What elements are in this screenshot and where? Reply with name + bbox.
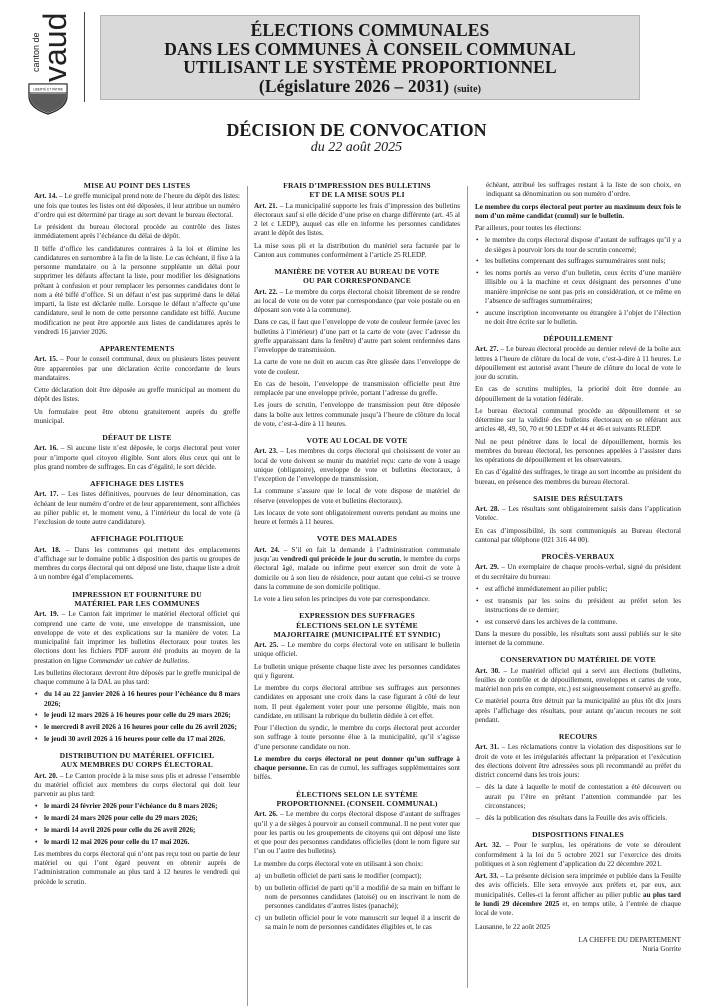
article-label: Art. 15. (34, 355, 58, 363)
canton-de-vaud-logo: canton de vaud LIBERTÉ ET PATRIE (22, 10, 78, 110)
title-line: DISTRIBUTION DU MATÉRIEL OFFICIEL (60, 751, 215, 760)
paragraph: Le bulletin unique présente chaque liste… (254, 663, 460, 682)
article-28: Art. 28. – Les résultats sont obligatoir… (475, 505, 681, 524)
list-item: le mercredi 8 avril 2026 à 16 heures pou… (34, 723, 240, 732)
list-item: le membre du corps électoral dispose d’a… (475, 236, 681, 255)
article-31: Art. 31. – Les réclamations contre la vi… (475, 743, 681, 780)
logo-divider (84, 12, 85, 102)
article-label: Art. 33. (475, 872, 498, 880)
deadline-list: du 14 au 22 janvier 2026 à 16 heures pou… (34, 690, 240, 744)
signature-title: LA CHEFFE DU DEPARTEMENT (475, 936, 681, 945)
article-label: Art. 26. (254, 810, 278, 818)
article-23: Art. 23. – Les membres du corps électora… (254, 447, 460, 484)
article-33: Art. 33. – La présente décision sera imp… (475, 872, 681, 918)
paragraph: – Le matériel officiel qui a servi aux é… (475, 667, 681, 694)
section-title: CONSERVATION DU MATÉRIEL DE VOTE (475, 655, 681, 664)
list-item: un bulletin officiel de parti qu’il a mo… (254, 884, 460, 912)
title-line: MANIÈRE DE VOTER AU BUREAU DE VOTE (275, 267, 440, 276)
section-title: AFFICHAGE POLITIQUE (34, 534, 240, 543)
decision-title: DÉCISION DE CONVOCATION (0, 120, 713, 140)
paragraph: Le membre du corps électoral peut porter… (475, 203, 681, 222)
list-item: dès la date à laquelle le motif de conte… (475, 783, 681, 811)
paragraph: – Le greffe municipal prend note de l’he… (34, 192, 240, 219)
paragraph: La commune s’assure que le local de vote… (254, 487, 460, 506)
list-item: du 14 au 22 janvier 2026 à 16 heures pou… (34, 690, 240, 709)
article-label: Art. 19. (34, 610, 59, 618)
title-line: ET DE LA MISE SOUS PLI (309, 190, 404, 199)
column-divider-2 (467, 186, 468, 988)
paragraph: – Le bureau électoral procède au dernier… (475, 345, 681, 381)
article-label: Art. 28. (475, 505, 499, 513)
paragraph: – Les réclamations contre la violation d… (475, 743, 681, 779)
article-16: Art. 16. – Si aucune liste n’est déposée… (34, 444, 240, 472)
signature-name: Nuria Gorrite (475, 945, 681, 954)
paragraph: En cas d’égalité des suffrages, le tirag… (475, 468, 681, 487)
section-title: ÉLECTIONS SELON LE SYTÈMEPROPORTIONNEL (… (254, 790, 460, 809)
title-line: MATÉRIEL PAR LES COMMUNES (74, 599, 199, 608)
paragraph: En cas de scrutins multiples, la priorit… (475, 385, 681, 404)
paragraph: – Si aucune liste n’est déposée, le corp… (34, 444, 240, 471)
section-title: DISPOSITIONS FINALES (475, 830, 681, 839)
section-title: DÉFAUT DE LISTE (34, 433, 240, 442)
section-title: MISE AU POINT DES LISTES (34, 181, 240, 190)
paragraph: Nul ne peut pénétrer dans le local de dé… (475, 438, 681, 466)
list-item: les noms portés au verso d’un bulletin, … (475, 269, 681, 306)
article-14: Art. 14. – Le greffe municipal prend not… (34, 192, 240, 220)
title-line: ÉLECTIONS SELON LE SYTÈME (296, 621, 418, 630)
paragraph: La carte de vote ne doit en aucun cas êt… (254, 358, 460, 377)
paragraph: – Dans les communes qui mettent des empl… (34, 546, 240, 582)
list-item: le jeudi 30 avril 2026 à 16 heures pour … (34, 735, 240, 744)
paragraph: Les bulletins électoraux devront être dé… (34, 669, 240, 688)
header-banner: ÉLECTIONS COMMUNALES DANS LES COMMUNES À… (100, 15, 640, 100)
paragraph: Le membre du corps électoral attribue se… (254, 684, 460, 721)
svg-text:vaud: vaud (37, 13, 73, 82)
paragraph: – Les résultats sont obligatoirement sai… (475, 505, 681, 522)
section-title: EXPRESSION DES SUFFRAGESÉLECTIONS SELON … (254, 611, 460, 639)
section-title: DÉPOUILLEMENT (475, 334, 681, 343)
article-label: Art. 25. (254, 641, 278, 649)
article-label: Art. 30. (475, 667, 500, 675)
paragraph: – Pour le surplus, les opérations de vot… (475, 841, 681, 868)
section-title: APPARENTEMENTS (34, 344, 240, 353)
article-label: Art. 16. (34, 444, 58, 452)
title-line: EXPRESSION DES SUFFRAGES (299, 611, 415, 620)
title-line: ÉLECTIONS SELON LE SYTÈME (296, 790, 418, 799)
list-item: le jeudi 12 mars 2026 à 16 heures pour c… (34, 711, 240, 720)
list-item: est affiché immédiatement au pilier publ… (475, 585, 681, 594)
paragraph: échéant, attribué les suffrages restant … (475, 181, 681, 200)
paragraph: En cas d’impossibilité, ils sont communi… (475, 527, 681, 546)
article-20: Art. 20. – Le Canton procède à la mise s… (34, 772, 240, 800)
list-item: le mardi 24 mars 2026 pour celle du 29 m… (34, 814, 240, 823)
paragraph: Le vote a lieu selon les principes du vo… (254, 595, 460, 604)
article-label: Art. 23. (254, 447, 278, 455)
decision-heading: DÉCISION DE CONVOCATION du 22 août 2025 (0, 120, 713, 156)
title-line: IMPRESSION ET FOURNITURE DU (72, 590, 202, 599)
section-title: IMPRESSION ET FOURNITURE DUMATÉRIEL PAR … (34, 590, 240, 609)
article-26: Art. 26. – Le membre du corps électoral … (254, 810, 460, 856)
svg-text:LIBERTÉ ET PATRIE: LIBERTÉ ET PATRIE (33, 87, 63, 92)
header-line-2: DANS LES COMMUNES À CONSEIL COMMUNAL (101, 40, 639, 59)
paragraph: – Un exemplaire de chaque procès-verbal,… (475, 563, 681, 580)
paragraph: Le bureau électoral communal procède au … (475, 407, 681, 435)
place-date: Lausanne, le 22 août 2025 (475, 923, 681, 932)
title-line: FRAIS D’IMPRESSION DES BULLETINS (283, 181, 431, 190)
section-title: VOTE DES MALADES (254, 534, 460, 543)
section-title: FRAIS D’IMPRESSION DES BULLETINSET DE LA… (254, 181, 460, 200)
title-line: MAJORITAIRE (MUNICIPALITÉ ET SYNDIC) (274, 630, 441, 639)
paragraph: – Les listes définitives, pourvues de le… (34, 490, 240, 526)
paragraph: – Le membre du corps électoral vote en u… (254, 641, 460, 658)
article-29: Art. 29. – Un exemplaire de chaque procè… (475, 563, 681, 582)
emphasis: vendredi qui précède le jour du scrutin (280, 555, 399, 563)
article-21: Art. 21. – La municipalité supporte les … (254, 202, 460, 239)
list-item: le mardi 24 février 2026 pour l’échéance… (34, 802, 240, 811)
paragraph: Les jours de scrutin, l’enveloppe de tra… (254, 401, 460, 429)
article-17: Art. 17. – Les listes définitives, pourv… (34, 490, 240, 527)
emphasis: Le membre du corps électoral peut porter… (475, 203, 681, 220)
paragraph: Les locaux de vote sont obligatoirement … (254, 509, 460, 528)
paragraph: – La municipalité supporte les frais d’i… (254, 202, 460, 238)
paragraph: Ce matériel pourra être détruit par la m… (475, 697, 681, 725)
article-15: Art. 15. – Pour le conseil communal, deu… (34, 355, 240, 383)
article-label: Art. 27. (475, 345, 498, 353)
service-name: Commander un cahier de bulletins (89, 657, 188, 665)
list-item: aucune inscription inconvenante ou étran… (475, 309, 681, 328)
paragraph: – Les membres du corps électoral qui cho… (254, 447, 460, 483)
list-item: les bulletins comprenant des suffrages s… (475, 257, 681, 266)
section-title: SAISIE DES RÉSULTATS (475, 494, 681, 503)
list-item: un bulletin officiel pour le vote manusc… (254, 914, 460, 933)
paragraph: – Le membre du corps électoral dispose d… (254, 810, 460, 855)
section-title: VOTE AU LOCAL DE VOTE (254, 436, 460, 445)
paragraph: Dans la mesure du possible, les résultat… (475, 630, 681, 649)
column-1: MISE AU POINT DES LISTES Art. 14. – Le g… (34, 181, 240, 890)
rules-list: le membre du corps électoral dispose d’a… (475, 236, 681, 327)
list-item: est transmis par les soins du président … (475, 597, 681, 616)
appeal-deadlines-list: dès la date à laquelle le motif de conte… (475, 783, 681, 823)
paragraph: Le membre du corps électoral ne peut don… (254, 755, 460, 783)
article-18: Art. 18. – Dans les communes qui mettent… (34, 546, 240, 583)
header-line-1: ÉLECTIONS COMMUNALES (101, 21, 639, 40)
article-label: Art. 24. (254, 546, 280, 554)
title-line: OU PAR CORRESPONDANCE (303, 276, 411, 285)
list-item: un bulletin officiel de parti sans le mo… (254, 872, 460, 881)
article-label: Art. 21. (254, 202, 278, 210)
article-22: Art. 22. – Le membre du corps électoral … (254, 288, 460, 316)
minutes-list: est affiché immédiatement au pilier publ… (475, 585, 681, 627)
paragraph: Par ailleurs, pour toutes les élections: (475, 224, 681, 233)
section-title: AFFICHAGE DES LISTES (34, 479, 240, 488)
list-item: dès la publication des résultats dans la… (475, 814, 681, 823)
article-label: Art. 31. (475, 743, 499, 751)
section-title: MANIÈRE DE VOTER AU BUREAU DE VOTEOU PAR… (254, 267, 460, 286)
column-3: échéant, attribué les suffrages restant … (475, 181, 681, 954)
paragraph: Dans ce cas, il faut que l’enveloppe de … (254, 318, 460, 355)
paragraph: En cas de besoin, l’enveloppe de transmi… (254, 380, 460, 399)
title-line: AUX MEMBRES DU CORPS ÉLECTORAL (61, 760, 213, 769)
article-25: Art. 25. – Le membre du corps électoral … (254, 641, 460, 660)
delivery-list: le mardi 24 février 2026 pour l’échéance… (34, 802, 240, 847)
column-divider-1 (247, 186, 248, 1006)
article-label: Art. 17. (34, 490, 58, 498)
section-title: PROCÈS-VERBAUX (475, 552, 681, 561)
suite-label: (suite) (454, 84, 481, 95)
title-line: PROPORTIONNEL (CONSEIL COMMUNAL) (276, 799, 437, 808)
paragraph: Un formulaire peut être obtenu gratuitem… (34, 408, 240, 427)
section-title: RECOURS (475, 732, 681, 741)
paragraph: Cette déclaration doit être déposée au g… (34, 386, 240, 405)
header-line-3: UTILISANT LE SYSTÈME PROPORTIONNEL (101, 58, 639, 77)
article-label: Art. 22. (254, 288, 278, 296)
article-19: Art. 19. – Le Canton fait imprimer le ma… (34, 610, 240, 666)
decision-date: du 22 août 2025 (0, 140, 713, 156)
legislature: (Législature 2026 – 2031) (259, 76, 449, 96)
paragraph: Le président du bureau électoral procède… (34, 223, 240, 242)
list-item: le mardi 14 avril 2026 pour celle du 26 … (34, 826, 240, 835)
paragraph: – Pour le conseil communal, deux ou plus… (34, 355, 240, 382)
paragraph: La mise sous pli et la distribution du m… (254, 242, 460, 261)
list-item: est conservé dans les archives de la com… (475, 618, 681, 627)
column-2: FRAIS D’IMPRESSION DES BULLETINSET DE LA… (254, 181, 460, 935)
article-label: Art. 18. (34, 546, 61, 554)
article-label: Art. 20. (34, 772, 58, 780)
article-label: Art. 32. (475, 841, 501, 849)
article-label: Art. 14. (34, 192, 57, 200)
paragraph: Le membre du corps électoral vote en uti… (254, 860, 460, 869)
paragraph: Les membres du corps électoral qui n’ont… (34, 850, 240, 887)
vaud-logo-icon: canton de vaud LIBERTÉ ET PATRIE (22, 10, 78, 115)
article-27: Art. 27. – Le bureau électoral procède a… (475, 345, 681, 382)
article-24: Art. 24. – S’il en fait la demande à l’a… (254, 546, 460, 592)
paragraph: – Le membre du corps électoral choisit l… (254, 288, 460, 315)
section-title: DISTRIBUTION DU MATÉRIEL OFFICIELAUX MEM… (34, 751, 240, 770)
ballot-options-list: un bulletin officiel de parti sans le mo… (254, 872, 460, 933)
list-item: le mardi 12 mai 2026 pour celle du 17 ma… (34, 838, 240, 847)
article-32: Art. 32. – Pour le surplus, les opératio… (475, 841, 681, 869)
paragraph: – Le Canton procède à la mise sous plis … (34, 772, 240, 799)
article-30: Art. 30. – Le matériel officiel qui a se… (475, 667, 681, 695)
header-line-4: (Législature 2026 – 2031) (suite) (101, 77, 639, 100)
paragraph: . (188, 657, 190, 665)
paragraph: Il biffe d’office les candidatures contr… (34, 245, 240, 338)
paragraph: Pour l’élection du syndic, le membre du … (254, 724, 460, 752)
article-label: Art. 29. (475, 563, 499, 571)
